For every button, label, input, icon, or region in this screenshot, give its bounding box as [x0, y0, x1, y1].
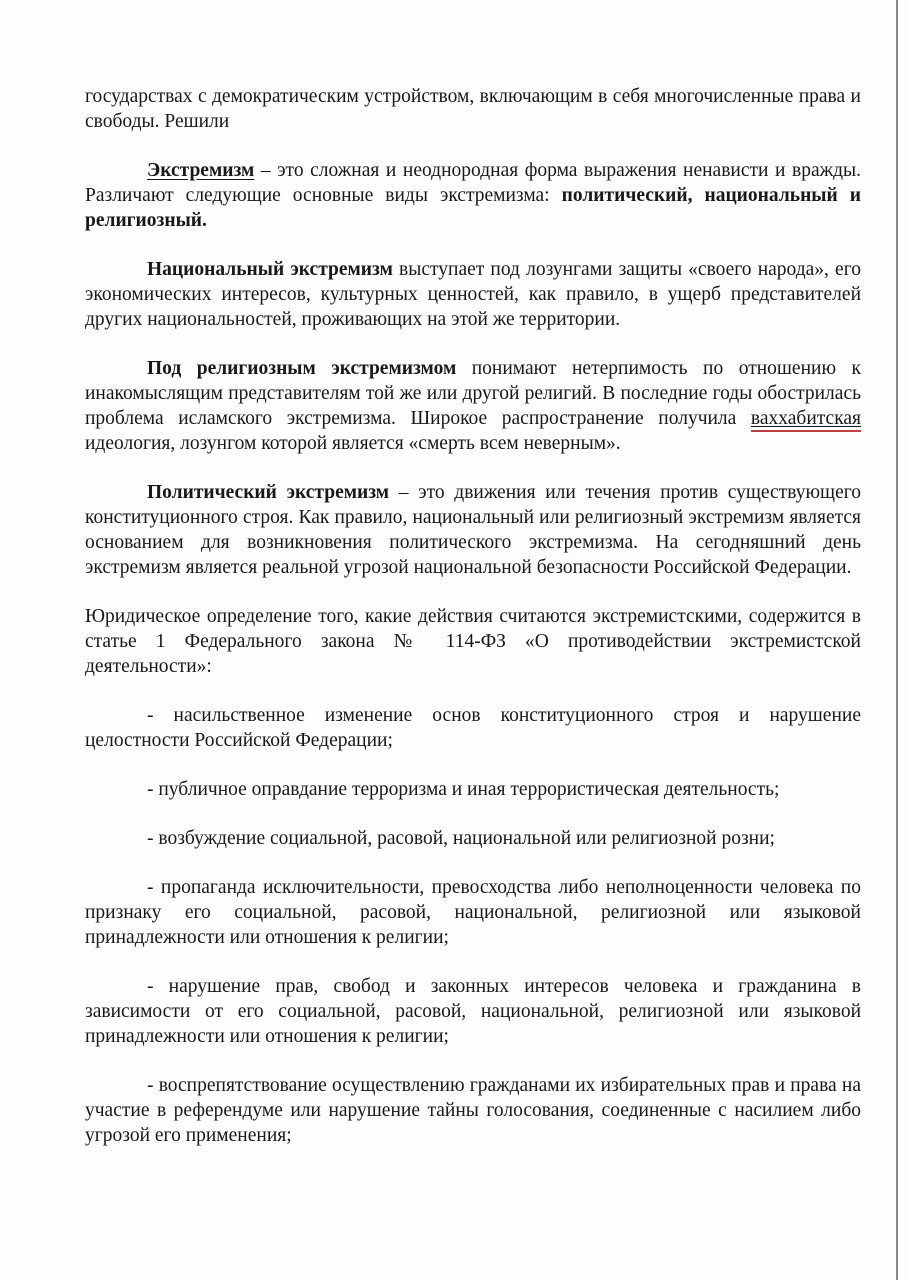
text-run: Юридическое определение того, какие дейс… [85, 606, 861, 677]
list-item: - публичное оправдание терроризма и иная… [85, 777, 861, 802]
text-run: - насильственное изменение основ констит… [85, 705, 861, 751]
paragraph: Национальный экстремизм выступает под ло… [85, 257, 861, 332]
paragraph: Политический экстремизм – это движения и… [85, 480, 861, 580]
text-run: - возбуждение социальной, расовой, нацио… [147, 828, 775, 849]
document-content: государствах с демократическим устройств… [85, 84, 861, 1172]
text-run: - воспрепятствование осуществлению гражд… [85, 1075, 861, 1146]
paragraph: Экстремизм – это сложная и неоднородная … [85, 158, 861, 233]
document-page: государствах с демократическим устройств… [0, 0, 907, 1280]
paragraph: государствах с демократическим устройств… [85, 84, 861, 134]
list-item: - насильственное изменение основ констит… [85, 703, 861, 753]
paragraph: Под религиозным экстремизмом понимают не… [85, 356, 861, 456]
list-item: - возбуждение социальной, расовой, нацио… [85, 826, 861, 851]
text-run: идеология, лозунгом которой является «см… [85, 433, 621, 454]
spellchecked-word: ваххабитская [751, 408, 861, 432]
text-run: Экстремизм [147, 160, 254, 181]
text-run: Под религиозным экстремизмом [147, 358, 456, 379]
list-item: - пропаганда исключительности, превосход… [85, 875, 861, 950]
text-run: Национальный экстремизм [147, 259, 393, 280]
scan-edge-line [896, 0, 898, 1280]
list-item: - воспрепятствование осуществлению гражд… [85, 1073, 861, 1148]
list-item: - нарушение прав, свобод и законных инте… [85, 974, 861, 1049]
text-run: государствах с демократическим устройств… [85, 86, 861, 132]
text-run: Политический экстремизм [147, 482, 389, 503]
text-run: - нарушение прав, свобод и законных инте… [85, 976, 861, 1047]
text-run: - пропаганда исключительности, превосход… [85, 877, 861, 948]
paragraph: Юридическое определение того, какие дейс… [85, 604, 861, 679]
text-run: - публичное оправдание терроризма и иная… [147, 779, 779, 800]
